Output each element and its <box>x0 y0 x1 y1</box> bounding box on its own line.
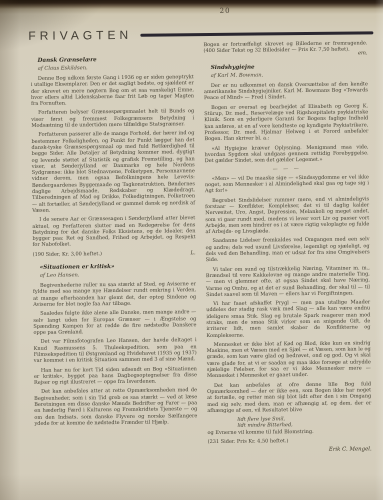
article2-paragraph: Begivenhederne ruller nu saa stærkt af S… <box>33 281 196 308</box>
scanned-page: 20 FRIVAGTEN Dansk Grænselære af Claus E… <box>0 0 383 500</box>
article3-closing: og Evnerne vil komme til fuld Blomstring… <box>208 428 372 436</box>
article1-paragraph: Denne Bog udkom første Gang i 1936 og er… <box>31 74 194 107</box>
left-column: Dansk Grænselære af Claus Eskildsen. Den… <box>31 49 198 430</box>
article3-paragraph: Mennesket er ikke blot af Kød og Blod, i… <box>207 340 371 379</box>
article3-paragraph: Begrebet Sindslidelser rummer mere, end … <box>205 196 369 235</box>
article1-paragraph: Forfatteren belyser Grænsespørgsmaalet h… <box>31 109 194 130</box>
continuation-paragraph: Bogen er fortræffeligt skrevet og Billed… <box>203 40 367 54</box>
masthead-title: FRIVAGTEN <box>28 28 132 43</box>
article3-paragraph: «Men» — vil De maaske sige — «Sindssygdo… <box>205 174 369 195</box>
article2-paragraph: Saaledes fulgte ikke alene alle Danske, … <box>33 309 196 336</box>
page-number: 20 <box>213 7 237 15</box>
article1-paragraph: I de senere Aar er Grænsesagen i Sønderj… <box>32 215 195 248</box>
article3-paragraph: Saadanne Lidelser fremkaldes ved Omgange… <box>205 237 369 264</box>
article3-paragraph: Vi taler om sund og tilstrækkelig Næring… <box>206 265 370 298</box>
article3-paragraph: «Al Hygiejne kræver Oplysning. Menigmand… <box>205 144 369 165</box>
continuation-signature: em. <box>358 50 368 56</box>
masthead-rule <box>140 31 373 36</box>
article1-footer: (190 Sider, Kr. 3,00 heftet.) L. <box>33 250 196 258</box>
article2-paragraph: Det var Filmsfotografen Leo Hansen, der … <box>34 338 197 365</box>
page-content: 20 FRIVAGTEN Dansk Grænselære af Claus E… <box>0 0 383 500</box>
article3-byline: af Karl M. Bowman. <box>204 71 368 79</box>
section-separator: — — — <box>205 166 369 174</box>
article1-edition-note: (190 Sider, Kr. 3,00 heftet.) <box>33 251 102 258</box>
article2-paragraph: Det kan anbefales atter at rette Opmærks… <box>34 388 197 427</box>
article2-byline: af Leo Hansen. <box>33 271 196 279</box>
article3-paragraph: Vi har faaet afskaffet Prygl — men paa u… <box>206 299 370 338</box>
article3-paragraph: Det kan anbefales at ofre denne lille Bo… <box>207 381 371 414</box>
article1-byline: af Claus Eskildsen. <box>31 64 194 72</box>
article3-paragraph: Bogen er oversat og bearbejdet af Elisab… <box>204 103 368 142</box>
article3-paragraph: Der er nu udkommet en dansk Oversættelse… <box>204 81 368 102</box>
article3-signature: Erik C. Mengel. <box>208 447 372 455</box>
article2-paragraph: Han har nu for kort Tid siden udsendt en… <box>34 366 197 387</box>
article3-edition-note: (231 Sider. Pris Kr. 4,50 heftet.) <box>208 437 372 445</box>
article1-paragraph: Forfatteren passerer alle de mange Forho… <box>31 131 195 215</box>
article1-signature: L. <box>191 250 196 256</box>
right-column: Bogen er fortræffeligt skrevet og Billed… <box>203 40 371 454</box>
